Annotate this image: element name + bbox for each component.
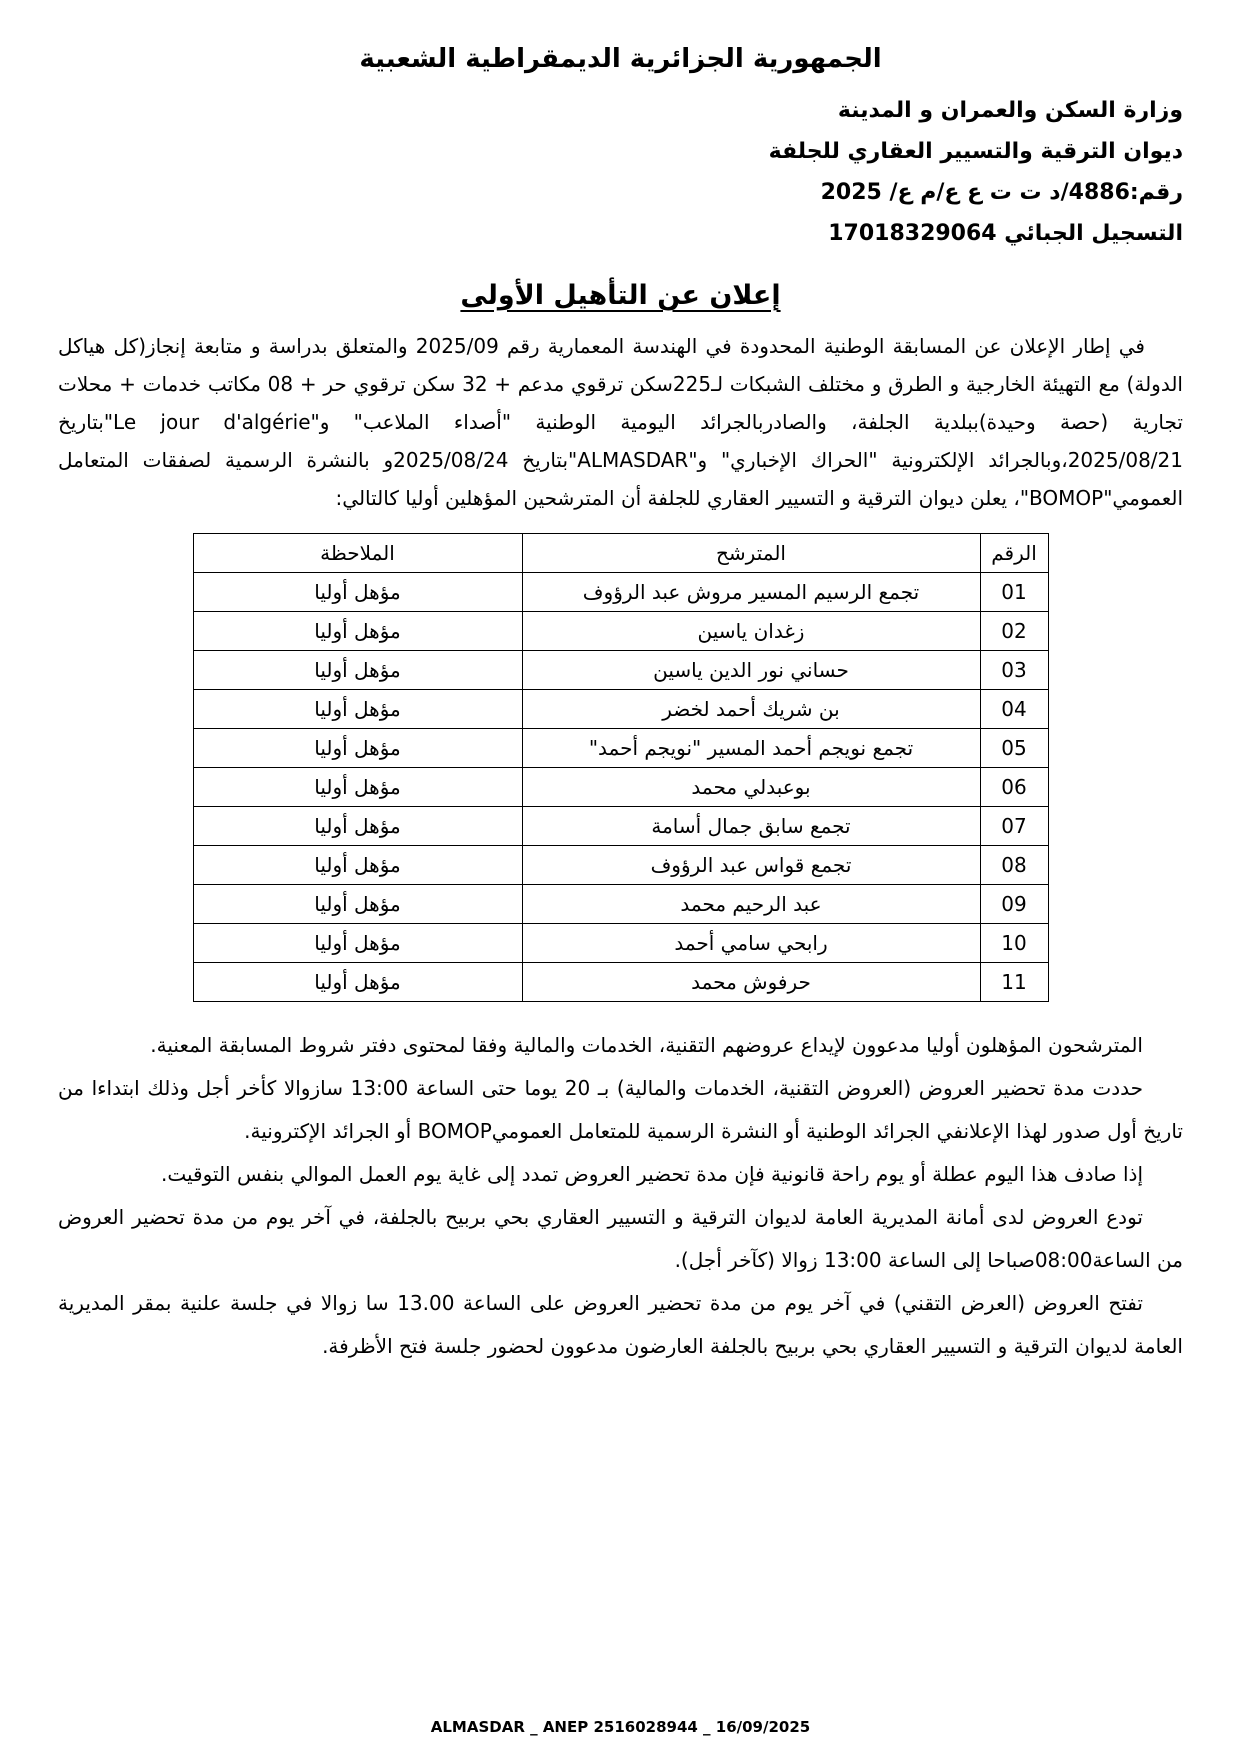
cell-number: 04 — [980, 690, 1048, 729]
qualification-table: الرقم المترشح الملاحظة 01 تجمع الرسيم ال… — [193, 533, 1049, 1002]
cell-candidate: حرفوش محمد — [522, 963, 980, 1002]
table-row: 06 بوعبدلي محمد مؤهل أوليا — [193, 768, 1048, 807]
cell-note: مؤهل أوليا — [193, 651, 522, 690]
body-paragraphs: المترشحون المؤهلون أوليا مدعوون لإيداع ع… — [58, 1024, 1183, 1368]
table-row: 10 رابحي سامي أحمد مؤهل أوليا — [193, 924, 1048, 963]
table-header-row: الرقم المترشح الملاحظة — [193, 534, 1048, 573]
col-header-candidate: المترشح — [522, 534, 980, 573]
cell-number: 08 — [980, 846, 1048, 885]
cell-note: مؤهل أوليا — [193, 807, 522, 846]
table-row: 02 زغدان ياسين مؤهل أوليا — [193, 612, 1048, 651]
reference-number-line: رقم:4886/د ت ت ع ع/م ع/ 2025 — [58, 172, 1183, 213]
body-paragraph-deposit-invite: المترشحون المؤهلون أوليا مدعوون لإيداع ع… — [58, 1024, 1183, 1067]
cell-note: مؤهل أوليا — [193, 768, 522, 807]
cell-candidate: تجمع الرسيم المسير مروش عبد الرؤوف — [522, 573, 980, 612]
cell-number: 05 — [980, 729, 1048, 768]
qualification-table-body: 01 تجمع الرسيم المسير مروش عبد الرؤوف مؤ… — [193, 573, 1048, 1002]
cell-number: 09 — [980, 885, 1048, 924]
col-header-note: الملاحظة — [193, 534, 522, 573]
cell-note: مؤهل أوليا — [193, 885, 522, 924]
cell-candidate: تجمع سابق جمال أسامة — [522, 807, 980, 846]
cell-note: مؤهل أوليا — [193, 573, 522, 612]
cell-number: 02 — [980, 612, 1048, 651]
cell-number: 11 — [980, 963, 1048, 1002]
cell-note: مؤهل أوليا — [193, 729, 522, 768]
table-row: 08 تجمع قواس عبد الرؤوف مؤهل أوليا — [193, 846, 1048, 885]
cell-number: 03 — [980, 651, 1048, 690]
cell-number: 10 — [980, 924, 1048, 963]
cell-note: مؤهل أوليا — [193, 924, 522, 963]
table-row: 09 عبد الرحيم محمد مؤهل أوليا — [193, 885, 1048, 924]
document-page: الجمهورية الجزائرية الديمقراطية الشعبية … — [0, 0, 1241, 1754]
table-row: 01 تجمع الرسيم المسير مروش عبد الرؤوف مؤ… — [193, 573, 1048, 612]
body-paragraph-preparation-period: حددت مدة تحضير العروض (العروض التقنية، ا… — [58, 1067, 1183, 1153]
cell-candidate: زغدان ياسين — [522, 612, 980, 651]
cell-number: 01 — [980, 573, 1048, 612]
cell-number: 07 — [980, 807, 1048, 846]
cell-number: 06 — [980, 768, 1048, 807]
table-row: 07 تجمع سابق جمال أسامة مؤهل أوليا — [193, 807, 1048, 846]
cell-candidate: عبد الرحيم محمد — [522, 885, 980, 924]
announcement-title: إعلان عن التأهيل الأولى — [58, 280, 1183, 311]
body-paragraph-holiday-rule: إذا صادف هذا اليوم عطلة أو يوم راحة قانو… — [58, 1153, 1183, 1196]
body-paragraph-opening-session: تفتح العروض (العرض التقني) في آخر يوم من… — [58, 1282, 1183, 1368]
issuer-header-block: وزارة السكن والعمران و المدينة ديوان الت… — [58, 90, 1183, 254]
col-header-number: الرقم — [980, 534, 1048, 573]
cell-note: مؤهل أوليا — [193, 846, 522, 885]
tax-registration-line: التسجيل الجبائي 17018329064 — [58, 213, 1183, 254]
footer-line: ALMASDAR _ ANEP 2516028944 _ 16/09/2025 — [0, 1718, 1241, 1736]
cell-candidate: تجمع نويجم أحمد المسير "نويجم أحمد" — [522, 729, 980, 768]
republic-title: الجمهورية الجزائرية الديمقراطية الشعبية — [58, 44, 1183, 74]
cell-candidate: حساني نور الدين ياسين — [522, 651, 980, 690]
ministry-line: وزارة السكن والعمران و المدينة — [58, 90, 1183, 131]
table-row: 11 حرفوش محمد مؤهل أوليا — [193, 963, 1048, 1002]
office-line: ديوان الترقية والتسيير العقاري للجلفة — [58, 131, 1183, 172]
table-row: 05 تجمع نويجم أحمد المسير "نويجم أحمد" م… — [193, 729, 1048, 768]
cell-candidate: بوعبدلي محمد — [522, 768, 980, 807]
intro-paragraph: في إطار الإعلان عن المسابقة الوطنية المح… — [58, 327, 1183, 517]
cell-candidate: تجمع قواس عبد الرؤوف — [522, 846, 980, 885]
body-paragraph-submission-place: تودع العروض لدى أمانة المديرية العامة لد… — [58, 1196, 1183, 1282]
cell-note: مؤهل أوليا — [193, 690, 522, 729]
table-row: 04 بن شريك أحمد لخضر مؤهل أوليا — [193, 690, 1048, 729]
cell-note: مؤهل أوليا — [193, 963, 522, 1002]
cell-candidate: بن شريك أحمد لخضر — [522, 690, 980, 729]
cell-candidate: رابحي سامي أحمد — [522, 924, 980, 963]
cell-note: مؤهل أوليا — [193, 612, 522, 651]
table-row: 03 حساني نور الدين ياسين مؤهل أوليا — [193, 651, 1048, 690]
